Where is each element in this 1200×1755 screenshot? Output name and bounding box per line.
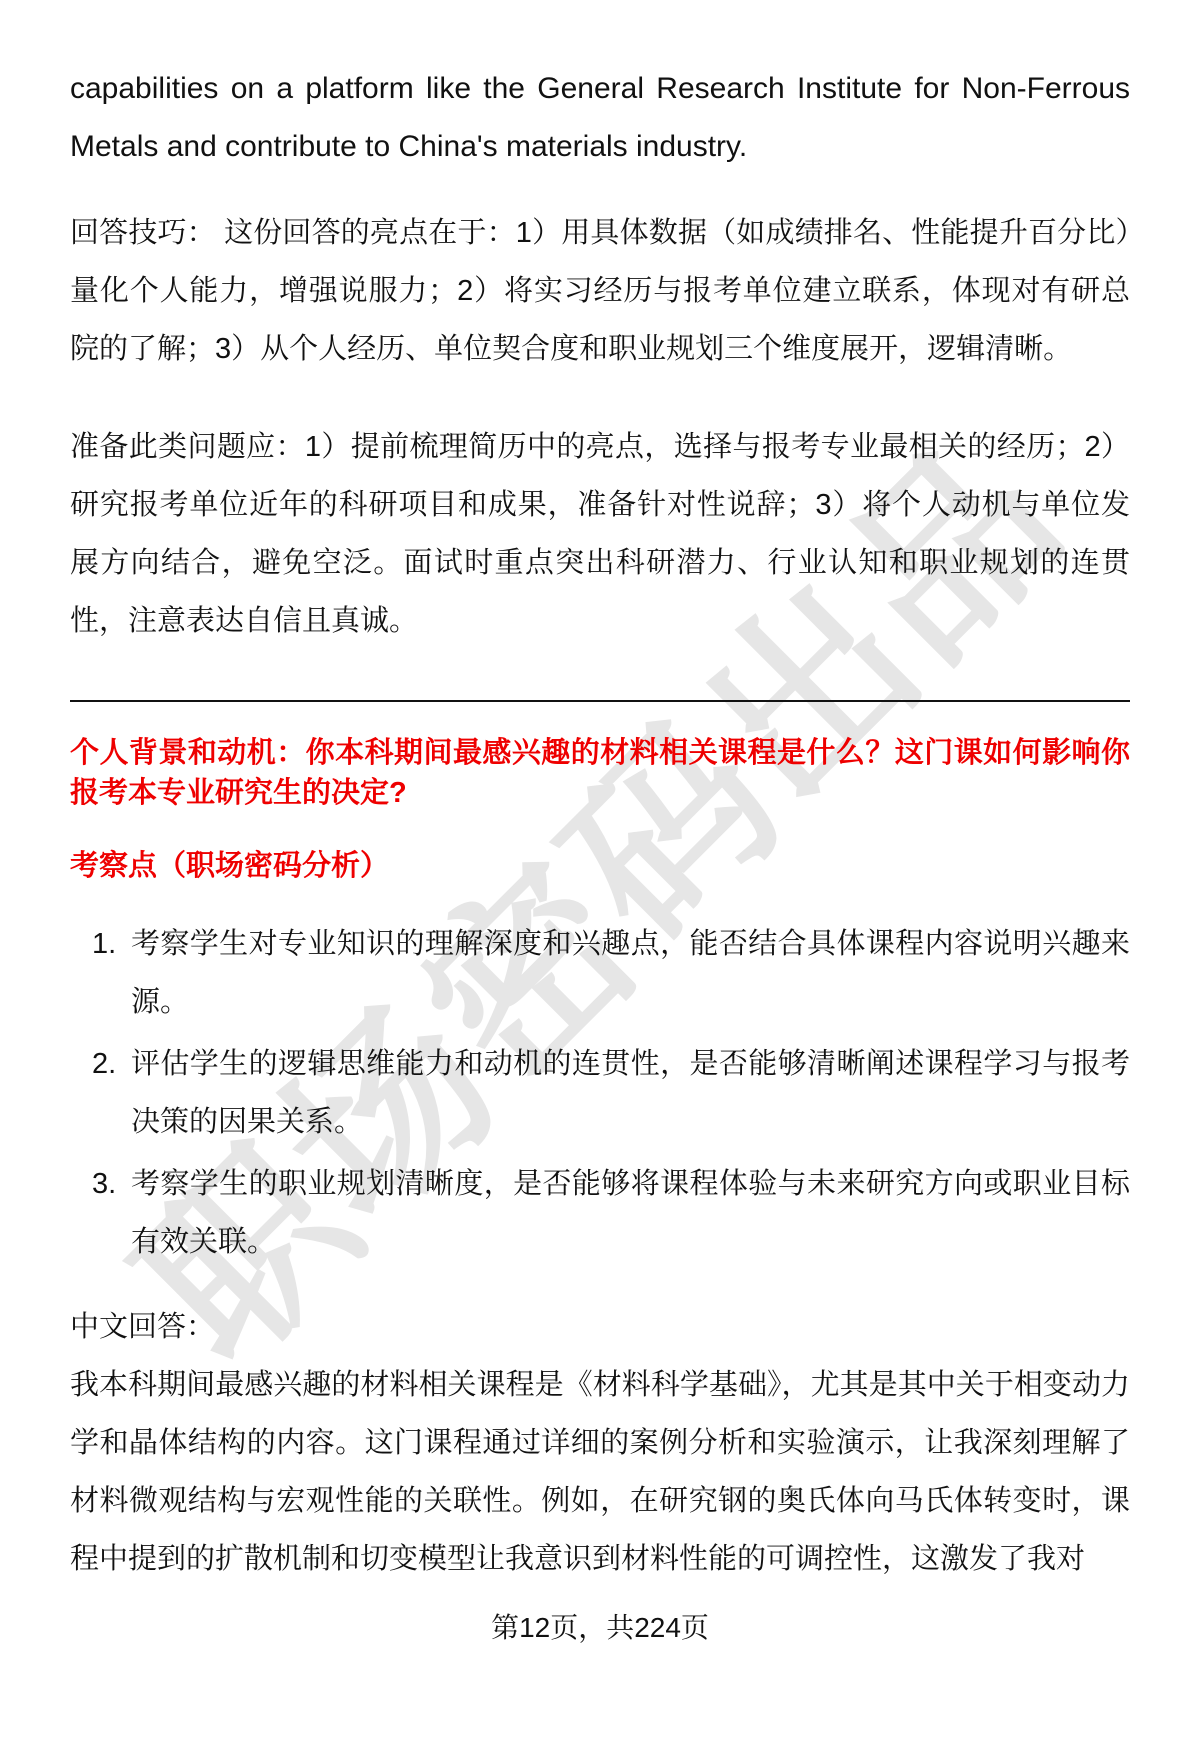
list-number-2: 2. [92, 1035, 116, 1093]
list-number-1: 1. [92, 915, 116, 973]
page-content: capabilities on a platform like the Gene… [0, 0, 1200, 1643]
analysis-points-list: 1. 考察学生对专业知识的理解深度和兴趣点，能否结合具体课程内容说明兴趣来源。 … [70, 915, 1130, 1271]
chinese-answer-label: 中文回答： [70, 1298, 1130, 1356]
analysis-point-2: 2. 评估学生的逻辑思维能力和动机的连贯性，是否能够清晰阐述课程学习与报考决策的… [70, 1035, 1130, 1151]
analysis-point-1: 1. 考察学生对专业知识的理解深度和兴趣点，能否结合具体课程内容说明兴趣来源。 [70, 915, 1130, 1031]
preparation-paragraph: 准备此类问题应：1）提前梳理简历中的亮点，选择与报考专业最相关的经历；2）研究报… [70, 418, 1130, 650]
analysis-point-3-text: 考察学生的职业规划清晰度，是否能够将课程体验与未来研究方向或职业目标有效关联。 [131, 1168, 1130, 1258]
english-paragraph: capabilities on a platform like the Gene… [70, 60, 1130, 176]
analysis-point-1-text: 考察学生对专业知识的理解深度和兴趣点，能否结合具体课程内容说明兴趣来源。 [131, 928, 1130, 1018]
answer-tips-paragraph: 回答技巧： 这份回答的亮点在于：1）用具体数据（如成绩排名、性能提升百分比）量化… [70, 204, 1130, 378]
analysis-heading: 考察点（职场密码分析） [70, 844, 1130, 888]
analysis-point-2-text: 评估学生的逻辑思维能力和动机的连贯性，是否能够清晰阐述课程学习与报考决策的因果关… [131, 1048, 1130, 1138]
analysis-point-3: 3. 考察学生的职业规划清晰度，是否能够将课程体验与未来研究方向或职业目标有效关… [70, 1155, 1130, 1271]
section-divider [70, 700, 1130, 702]
page-footer: 第12页，共224页 [70, 1613, 1130, 1643]
chinese-answer-paragraph: 我本科期间最感兴趣的材料相关课程是《材料科学基础》，尤其是其中关于相变动力学和晶… [70, 1356, 1130, 1588]
list-number-3: 3. [92, 1155, 116, 1213]
question-heading: 个人背景和动机：你本科期间最感兴趣的材料相关课程是什么？这门课如何影响你报考本专… [70, 733, 1130, 813]
document-page: { "page": { "number_footer": "第12页，共224页… [0, 0, 1200, 1755]
